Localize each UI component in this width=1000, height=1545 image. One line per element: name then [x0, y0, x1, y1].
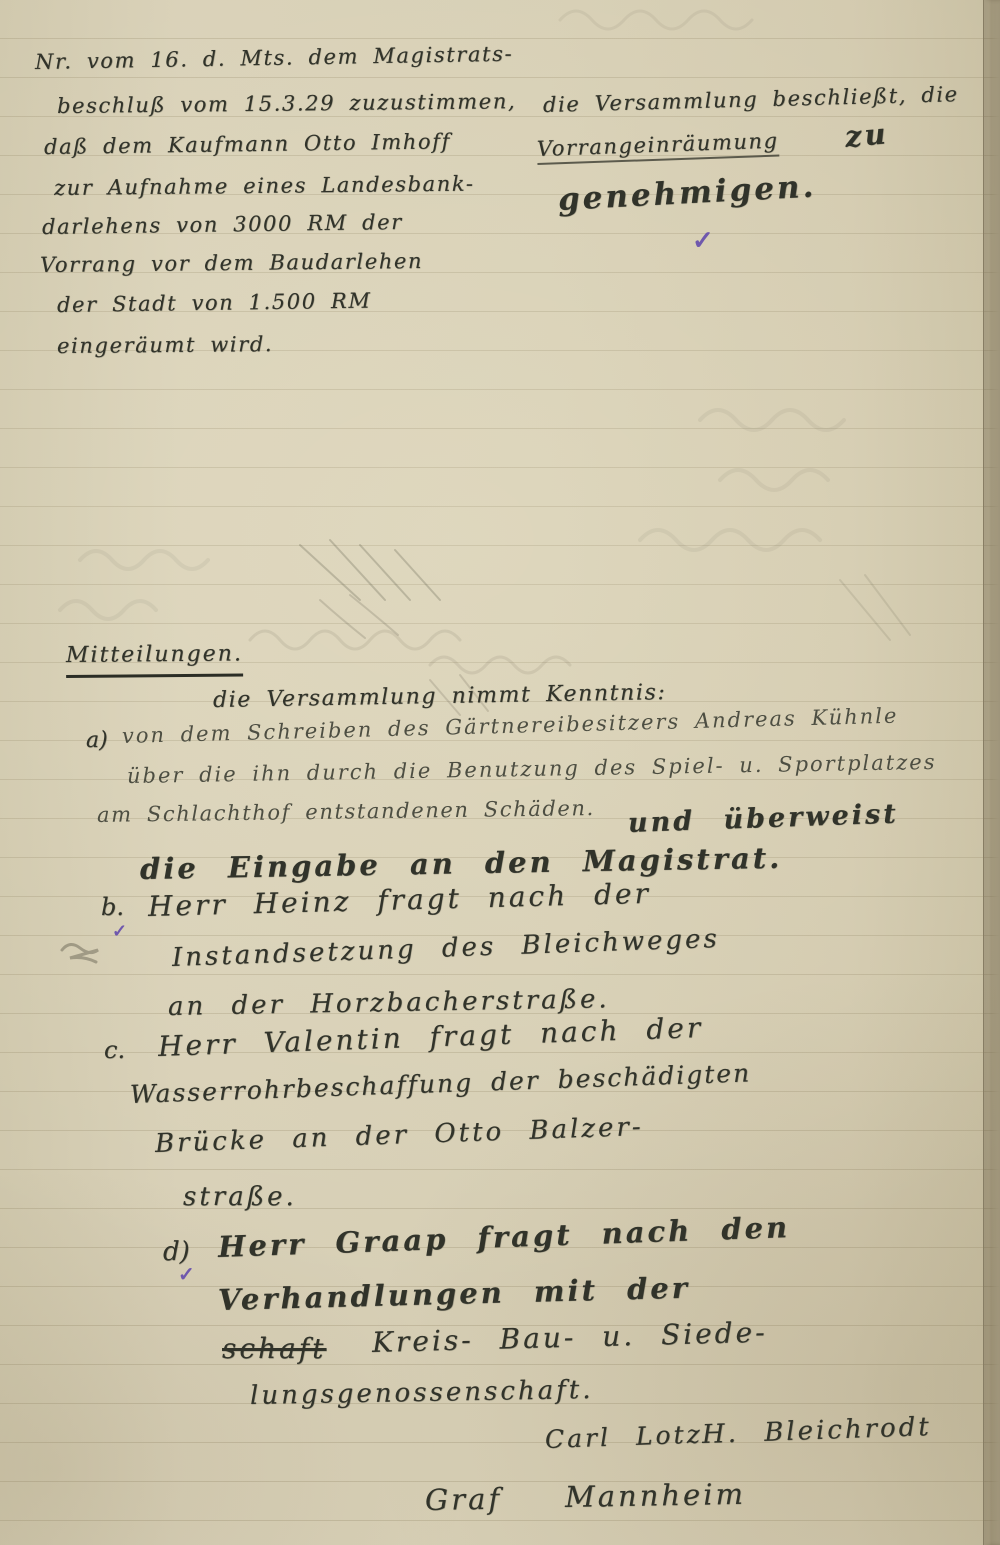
item-a-line-3: am Schlachthof entstandenen Schäden. — [97, 796, 595, 827]
section-heading: Mitteilungen. — [66, 641, 243, 678]
item-c-line-4: straße. — [183, 1182, 297, 1212]
item-b-checkmark: ✓ — [112, 921, 127, 942]
resolution-line-6: Vorrang vor dem Baudarlehen — [40, 249, 423, 277]
signature-1: Carl Lotz — [544, 1420, 703, 1454]
resolution-line-2: beschluß vom 15.3.29 zuzustimmen, — [57, 89, 516, 118]
item-d-line-2: Verhandlungen mit der — [218, 1271, 691, 1317]
resolution-line-3: daß dem Kaufmann Otto Imhoff — [44, 129, 451, 159]
resolution-line-5: darlehens von 3000 RM der — [42, 210, 403, 239]
item-a-label: a) — [86, 728, 108, 753]
decision-line-2-tail: zu — [844, 116, 890, 154]
item-a-line-2: über die ihn durch die Benutzung des Spi… — [127, 750, 937, 788]
item-d-line-1: Herr Graap fragt nach den — [217, 1210, 790, 1264]
item-c-line-3: Brücke an der Otto Balzer- — [154, 1112, 644, 1159]
resolution-line-7: der Stadt von 1.500 RM — [57, 289, 372, 317]
manuscript-page: Nr. vom 16. d. Mts. dem Magistrats- besc… — [0, 0, 1000, 1545]
decision-line-2-underlined: Vorrangeinräumung — [537, 129, 780, 165]
item-c-line-2: Wasserrohrbeschaffung der beschädigten — [129, 1058, 751, 1109]
resolution-line-8: eingeräumt wird. — [57, 332, 273, 358]
item-d-struck-word: schaft — [222, 1332, 326, 1365]
item-b-line-2: Instandsetzung des Bleichweges — [171, 924, 720, 973]
page-edge — [983, 0, 1000, 1545]
signature-2: H. Bleichrodt — [701, 1412, 932, 1450]
resolution-line-1: Nr. vom 16. d. Mts. dem Magistrats- — [35, 42, 514, 74]
item-d-checkmark: ✓ — [178, 1262, 195, 1286]
decision-checkmark: ✓ — [692, 226, 714, 256]
section-intro: die Versammlung nimmt Kenntnis: — [213, 680, 667, 713]
signature-4: Mannheim — [565, 1477, 747, 1514]
item-d-line-4: lungsgenossenschaft. — [250, 1375, 594, 1411]
decision-line-3: genehmigen. — [557, 168, 817, 217]
item-d-line-3: Kreis- Bau- u. Siede- — [372, 1316, 768, 1359]
item-a-line-4: und überweist — [627, 799, 899, 839]
item-b-label: b. — [101, 893, 124, 921]
decision-line-1: die Versammlung beschließt, die — [543, 82, 959, 117]
resolution-line-4: zur Aufnahme eines Landesbank- — [54, 172, 475, 200]
item-c-label: c. — [104, 1036, 125, 1064]
item-a-line-5: die Eingabe an den Magistrat. — [140, 841, 783, 886]
signature-3: Graf — [425, 1482, 503, 1517]
